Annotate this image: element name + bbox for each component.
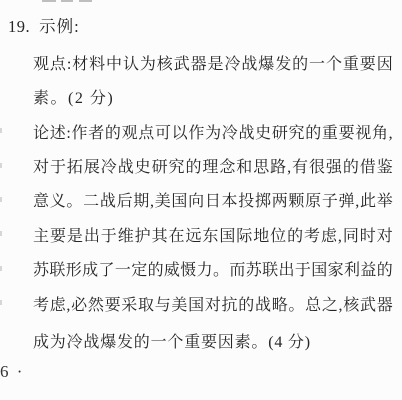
scan-artifact-top	[61, 0, 73, 2]
scanned-answer-page: 19.示例: 观点:材料中认为核武器是冷战爆发的一个重要因 素。(2 分) 论述…	[0, 0, 402, 400]
answer-text-line: 论述:作者的观点可以作为冷战史研究的重要视角,	[33, 124, 393, 143]
scan-artifact-left	[0, 128, 2, 133]
scan-artifact-left	[0, 231, 2, 236]
scan-artifact-top	[79, 0, 92, 2]
answer-text-line: 考虑,必然要采取与美国对抗的战略。总之,核武器	[33, 296, 393, 315]
question-number: 19.	[8, 17, 30, 36]
scan-artifact-left	[0, 163, 2, 168]
answer-text-line: 素。(2 分)	[33, 89, 393, 108]
answer-text-line: 对于拓展冷战史研究的理念和思路,有很强的借鉴	[33, 158, 393, 177]
answer-text-line: 主要是出于维护其在远东国际地位的考虑,同时对	[33, 227, 393, 246]
scan-artifact-top	[42, 0, 56, 2]
answer-heading-line: 19.示例:	[8, 17, 80, 36]
scan-artifact-left	[0, 300, 2, 305]
answer-text-line: 意义。二战后期,美国向日本投掷两颗原子弹,此举	[33, 192, 393, 211]
scan-artifact-left	[0, 266, 2, 271]
page-number-fragment: 6 ·	[0, 362, 24, 382]
answer-heading: 示例:	[39, 17, 80, 36]
answer-text-line: 成为冷战爆发的一个重要因素。(4 分)	[33, 333, 393, 352]
answer-text-line: 苏联形成了一定的威慑力。而苏联出于国家利益的	[33, 261, 393, 280]
answer-text-line: 观点:材料中认为核武器是冷战爆发的一个重要因	[33, 55, 393, 74]
scan-artifact-left	[0, 197, 2, 202]
